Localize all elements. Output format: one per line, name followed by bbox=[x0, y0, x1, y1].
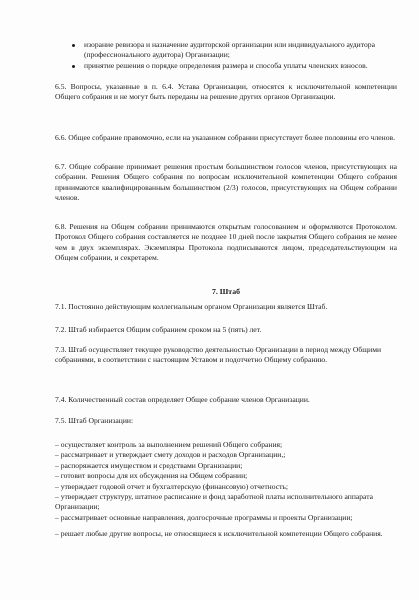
list-item: – готовит вопросы для их обсуждения на О… bbox=[55, 471, 397, 481]
paragraph-6-7: 6.7. Общее собрание принимает решения пр… bbox=[55, 162, 397, 204]
paragraph-7-2: 7.2. Штаб избирается Общим собранием сро… bbox=[55, 325, 397, 335]
paragraph-7-1: 7.1. Постоянно действующим коллегиальным… bbox=[55, 302, 397, 312]
list-item: – распоряжается имуществом и средствами … bbox=[55, 461, 397, 471]
list-item: – утверждает структуру, штатное расписан… bbox=[55, 492, 397, 513]
list-item: – рассматривает и утверждает смету доход… bbox=[55, 450, 397, 460]
list-item: – осуществляет контроль за выполнением р… bbox=[55, 440, 397, 450]
paragraph-7-4: 7.4. Количественный состав определяет Об… bbox=[55, 395, 397, 405]
list-item: – рассматривает основные направления, до… bbox=[55, 513, 397, 523]
duties-list: – осуществляет контроль за выполнением р… bbox=[55, 440, 397, 540]
paragraph-7-3: 7.3. Штаб осуществляет текущее руководст… bbox=[55, 345, 397, 366]
paragraph-7-5: 7.5. Штаб Организации: bbox=[55, 416, 397, 426]
paragraph-6-5: 6.5. Вопросы, указанные в п. 6.4. Устава… bbox=[55, 82, 397, 103]
list-item: – утверждает годовой отчет и бухгалтерск… bbox=[55, 482, 397, 492]
list-item: изорание ревизора и назначение аудиторск… bbox=[72, 40, 394, 61]
document-page: изорание ревизора и назначение аудиторск… bbox=[0, 0, 419, 600]
list-item: – решает любые другие вопросы, не относя… bbox=[55, 529, 397, 539]
paragraph-6-6: 6.6. Общее собрание правомочно, если на … bbox=[55, 133, 397, 143]
bullet-list: изорание ревизора и назначение аудиторск… bbox=[72, 40, 394, 71]
section-heading: 7. Штаб bbox=[55, 287, 397, 297]
paragraph-6-8: 6.8. Решения на Общем собрании принимают… bbox=[55, 222, 397, 264]
list-item: принятие решения о порядке определения р… bbox=[72, 61, 394, 71]
